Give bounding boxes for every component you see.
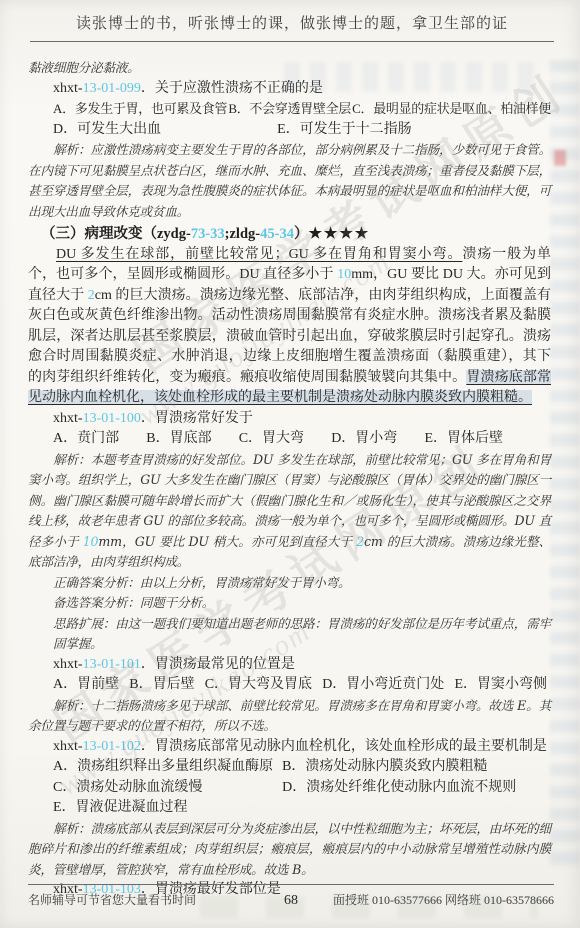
question-id-sep: ． [141,739,155,754]
option-e: E．可发生于十二指肠 [277,120,551,141]
section-heading-pathology: （三）病理改变（zydg-73-33;zldg-45-34）★★★★ [28,224,551,245]
numeric-value: 2 [88,288,95,303]
question-101-stem: xhxt-13-01-101．胃溃疡最常见的位置是 [28,655,551,676]
option-e: E．胃体后壁 [424,429,503,450]
question-100-analysis: 解析：本题考查胃溃疡的好发部位。DU 多发生在球部，前壁比较常见；GU 多在胃角… [28,450,551,573]
alternate-answer-analysis: 备选答案分析：同题干分析。 [28,593,551,614]
question-id-code: 13-01-100 [83,411,141,426]
question-099-analysis: 解析：应激性溃疡病变主要发生于胃的各部位，部分病例累及十二指肠，少数可见于食管。… [28,140,551,222]
question-stem-text: 胃溃疡常好发于 [155,411,253,426]
question-id-sep: ． [141,411,155,426]
heading-code-1: 73-33 [191,226,225,242]
option-a: A．溃疡组织释出多量组织凝血酶原 [53,757,282,778]
question-102-stem: xhxt-13-01-102．胃溃疡底部常见动脉内血栓机化，该处血栓形成的最主要… [28,737,551,758]
option-c: C．胃大弯及胃底 [205,675,312,696]
question-id-code: 13-01-102 [83,739,141,754]
heading-text: ;zldg- [225,226,260,242]
importance-stars: ★★★★ [308,226,370,242]
option-a: A．贲门部 [53,429,119,450]
option-d: D．溃疡处纤维化使动脉内血流不规则 [282,778,551,799]
question-101-analysis: 解析：十二指肠溃疡多见于球部、前壁比较常见。胃溃疡多在胃角和胃窦小弯。故选 E。… [28,696,551,737]
numeric-value: 10 [337,267,351,282]
numeric-value: 10 [83,534,99,549]
page-header: 读张博士的书，听张博士的课，做张博士的题，拿卫生部的证 [30,12,554,42]
question-id-code: 13-01-099 [83,81,141,96]
question-id-sep: ． [141,81,155,96]
question-id-prefix: xhxt- [53,411,83,426]
option-c: C．胃大弯 [239,429,304,450]
bleed-through-ghost-right [550,60,580,870]
numeric-value: 2 [356,534,364,549]
scanned-book-page: 国家医学考试网原创 www.guojiayikao.com 国家医学考试网原创 … [0,0,580,928]
key-sentence-underlined: DU 多发生在球部，前壁比较常见；GU 多在胃角和胃窦小弯。 [56,247,462,262]
pathology-paragraph: DU 多发生在球部，前壁比较常见；GU 多在胃角和胃窦小弯。溃疡一般为单个，也可… [28,245,551,409]
option-a: A．胃前壁 [53,675,119,696]
correct-answer-analysis: 正确答案分析：由以上分析，胃溃疡常好发于胃小弯。 [28,573,551,594]
thinking-expansion: 思路扩展：由这一题我们要知道出题老师的思路：胃溃疡的好发部位是历年考试重点，需牢… [28,614,551,655]
header-slogan: 读张博士的书，听张博士的课，做张博士的题，拿卫生部的证 [76,16,508,32]
question-102-options-row1: A．溃疡组织释出多量组织凝血酶原 B．溃疡处动脉内膜炎致内膜粗糙 [28,757,551,778]
question-100-stem: xhxt-13-01-100．胃溃疡常好发于 [28,409,551,430]
question-id-code: 13-01-101 [83,657,141,672]
option-d: D．胃小弯 [331,429,397,450]
heading-text: （三）病理改变（zydg- [41,226,191,242]
option-d: D．可发生大出血 [53,120,277,141]
option-c: C．最明显的症状是呕血、柏油样便 [352,99,551,120]
option-d: D．胃小弯近贲门处 [322,675,444,696]
question-id-prefix: xhxt- [53,657,83,672]
option-c: C．溃疡处动脉血流缓慢 [53,778,282,799]
page-content: 黏液细胞分泌黏液。 xhxt-13-01-099．关于应激性溃疡不正确的是 A．… [28,58,551,901]
question-102-analysis: 解析：溃疡底部从表层到深层可分为炎症渗出层，以中性粒细胞为主；坏死层，由坏死的细… [28,819,551,881]
question-099-options-row2: D．可发生大出血 E．可发生于十二指肠 [28,120,551,141]
option-a: A．多发生于胃，也可累及食管 [53,99,227,120]
option-e: E．胃液促进凝血过程 [53,798,282,819]
heading-text: ） [294,226,309,242]
bleed-through-red-mark [554,150,566,166]
question-102-options-row2: C．溃疡处动脉血流缓慢 D．溃疡处纤维化使动脉内血流不规则 [28,778,551,799]
question-101-options: A．胃前壁 B．胃后壁 C．胃大弯及胃底 D．胃小弯近贲门处 E．胃窦小弯侧 [28,675,551,696]
option-b: B．胃后壁 [129,675,194,696]
question-id-prefix: xhxt- [53,739,83,754]
question-id-prefix: xhxt- [53,81,83,96]
question-100-options: A．贲门部 B．胃底部 C．胃大弯 D．胃小弯 E．胃体后壁 [28,429,551,450]
option-b: B．不会穿透胃壁全层 [228,99,351,120]
bleed-through-ghost-footer [200,896,538,918]
analysis-text: mm，GU 要比 DU 稍大。亦可见到直径大于 [98,534,356,549]
option-b: B．溃疡处动脉内膜炎致内膜粗糙 [282,757,551,778]
heading-code-2: 45-34 [260,226,294,242]
option-b: B．胃底部 [146,429,211,450]
option-e: E．胃窦小弯侧 [454,675,547,696]
question-102-options-row3: E．胃液促进凝血过程 [28,798,551,819]
question-stem-text: 胃溃疡最常见的位置是 [155,657,295,672]
question-id-sep: ． [141,657,155,672]
question-stem-text: 胃溃疡底部常见动脉内血栓机化，该处血栓形成的最主要机制是 [155,739,547,754]
question-099-options-row1: A．多发生于胃，也可累及食管 B．不会穿透胃壁全层 C．最明显的症状是呕血、柏油… [28,99,551,120]
bleed-through-ghost-top [284,62,544,92]
